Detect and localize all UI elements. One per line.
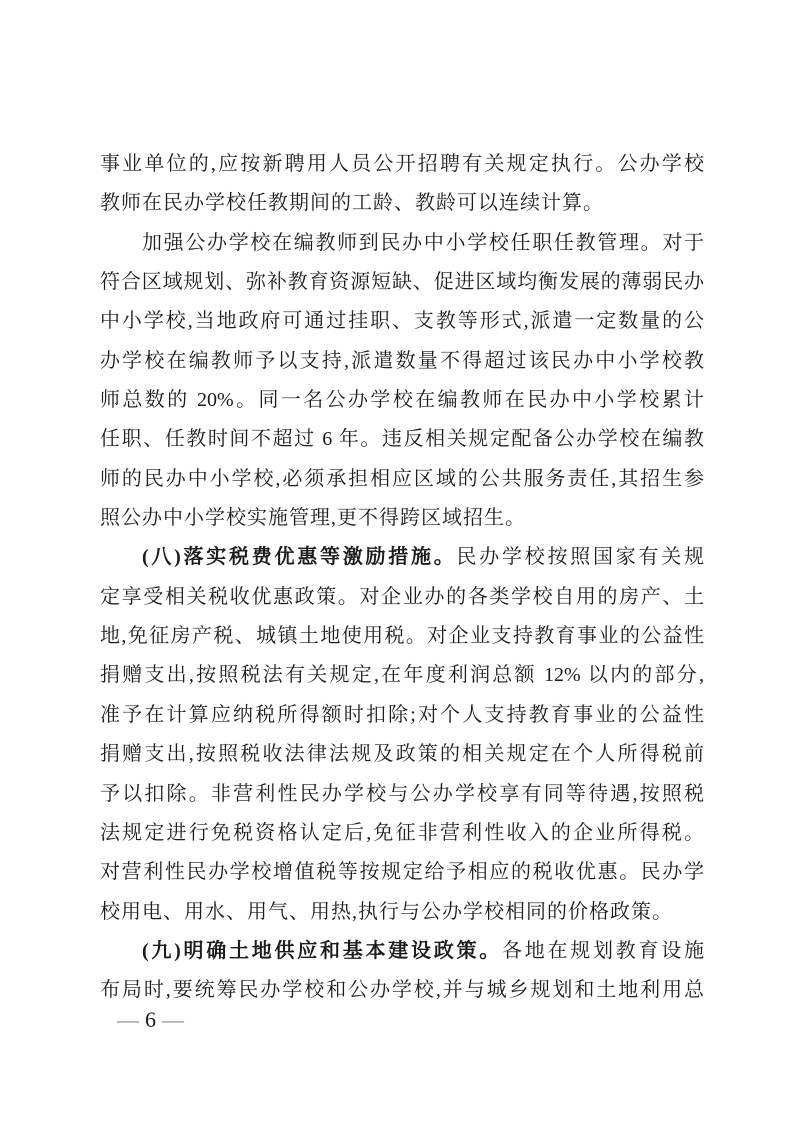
text-segment: 事业单位的,应按新聘用人员公开招聘有关规定执行。公办学校 bbox=[100, 153, 704, 175]
text-segment: 师总数的 20%。同一名公办学校在编教师在民办中小学校累计 bbox=[100, 389, 704, 411]
text-line: 师的民办中小学校,必须承担相应区域的公共服务责任,其招生参 bbox=[100, 460, 704, 499]
text-line: 准予在计算应纳税所得额时扣除;对个人支持教育事业的公益性 bbox=[100, 696, 704, 735]
text-segment: 捐赠支出,按照税收法律法规及政策的相关规定在个人所得税前 bbox=[100, 743, 704, 765]
text-segment: 对营利性民办学校增值税等按规定给予相应的税收优惠。民办学 bbox=[100, 861, 704, 883]
text-line: 校用电、用水、用气、用热,执行与公办学校相同的价格政策。 bbox=[100, 893, 704, 932]
text-segment: 办学校在编教师予以支持,派遣数量不得超过该民办中小学校教 bbox=[100, 350, 704, 372]
text-segment: 各地在规划教育设施 bbox=[502, 940, 704, 962]
text-segment: 布局时,要统筹民办学校和公办学校,并与城乡规划和土地利用总 bbox=[100, 979, 704, 1001]
page-number-dash-right: — bbox=[162, 1007, 184, 1032]
section-heading: (九)明确土地供应和基本建设政策。 bbox=[142, 940, 502, 962]
text-segment: 符合区域规划、弥补教育资源短缺、促进区域均衡发展的薄弱民办 bbox=[100, 271, 704, 293]
text-segment: 民办学校按照国家有关规 bbox=[457, 546, 704, 568]
text-line: 捐赠支出,按照税收法律法规及政策的相关规定在个人所得税前 bbox=[100, 735, 704, 774]
text-line: (八)落实税费优惠等激励措施。民办学校按照国家有关规 bbox=[100, 538, 704, 577]
text-segment: 教师在民办学校任教期间的工龄、教龄可以连续计算。 bbox=[100, 192, 604, 214]
text-segment: 地,免征房产税、城镇土地使用税。对企业支持教育事业的公益性 bbox=[100, 625, 704, 647]
text-line: 法规定进行免税资格认定后,免征非营利性收入的企业所得税。 bbox=[100, 814, 704, 853]
text-line: 定享受相关税收优惠政策。对企业办的各类学校自用的房产、土 bbox=[100, 578, 704, 617]
section-heading: (八)落实税费优惠等激励措施。 bbox=[142, 546, 457, 568]
text-segment: 师的民办中小学校,必须承担相应区域的公共服务责任,其招生参 bbox=[100, 468, 704, 490]
text-line: 办学校在编教师予以支持,派遣数量不得超过该民办中小学校教 bbox=[100, 342, 704, 381]
text-segment: 任职、任教时间不超过 6 年。违反相关规定配备公办学校在编教 bbox=[100, 428, 704, 450]
text-line: 教师在民办学校任教期间的工龄、教龄可以连续计算。 bbox=[100, 184, 704, 223]
text-segment: 予以扣除。非营利性民办学校与公办学校享有同等待遇,按照税 bbox=[100, 783, 704, 805]
document-page: 事业单位的,应按新聘用人员公开招聘有关规定执行。公办学校教师在民办学校任教期间的… bbox=[0, 0, 800, 1132]
text-segment: 校用电、用水、用气、用热,执行与公办学校相同的价格政策。 bbox=[100, 901, 673, 923]
text-line: 捐赠支出,按照税法有关规定,在年度利润总额 12% 以内的部分, bbox=[100, 656, 704, 695]
text-segment: 加强公办学校在编教师到民办中小学校任职任教管理。对于 bbox=[142, 232, 704, 254]
text-line: 加强公办学校在编教师到民办中小学校任职任教管理。对于 bbox=[100, 224, 704, 263]
text-lines: 事业单位的,应按新聘用人员公开招聘有关规定执行。公办学校教师在民办学校任教期间的… bbox=[100, 145, 704, 1011]
text-segment: 捐赠支出,按照税法有关规定,在年度利润总额 12% 以内的部分, bbox=[100, 664, 704, 686]
text-line: 布局时,要统筹民办学校和公办学校,并与城乡规划和土地利用总 bbox=[100, 971, 704, 1010]
text-line: 对营利性民办学校增值税等按规定给予相应的税收优惠。民办学 bbox=[100, 853, 704, 892]
text-segment: 准予在计算应纳税所得额时扣除;对个人支持教育事业的公益性 bbox=[100, 704, 704, 726]
page-number-value: 6 bbox=[139, 1007, 162, 1032]
text-segment: 定享受相关税收优惠政策。对企业办的各类学校自用的房产、土 bbox=[100, 586, 704, 608]
text-line: 任职、任教时间不超过 6 年。违反相关规定配备公办学校在编教 bbox=[100, 420, 704, 459]
text-segment: 照公办中小学校实施管理,更不得跨区域招生。 bbox=[100, 507, 526, 529]
text-line: 地,免征房产税、城镇土地使用税。对企业支持教育事业的公益性 bbox=[100, 617, 704, 656]
text-segment: 法规定进行免税资格认定后,免征非营利性收入的企业所得税。 bbox=[100, 822, 704, 844]
text-line: 符合区域规划、弥补教育资源短缺、促进区域均衡发展的薄弱民办 bbox=[100, 263, 704, 302]
text-line: 事业单位的,应按新聘用人员公开招聘有关规定执行。公办学校 bbox=[100, 145, 704, 184]
page-number: —6— bbox=[117, 1006, 184, 1034]
text-segment: 中小学校,当地政府可通过挂职、支教等形式,派遣一定数量的公 bbox=[100, 310, 704, 332]
text-line: 中小学校,当地政府可通过挂职、支教等形式,派遣一定数量的公 bbox=[100, 302, 704, 341]
text-line: 照公办中小学校实施管理,更不得跨区域招生。 bbox=[100, 499, 704, 538]
text-line: (九)明确土地供应和基本建设政策。各地在规划教育设施 bbox=[100, 932, 704, 971]
page-number-dash-left: — bbox=[117, 1007, 139, 1032]
text-line: 予以扣除。非营利性民办学校与公办学校享有同等待遇,按照税 bbox=[100, 775, 704, 814]
text-line: 师总数的 20%。同一名公办学校在编教师在民办中小学校累计 bbox=[100, 381, 704, 420]
